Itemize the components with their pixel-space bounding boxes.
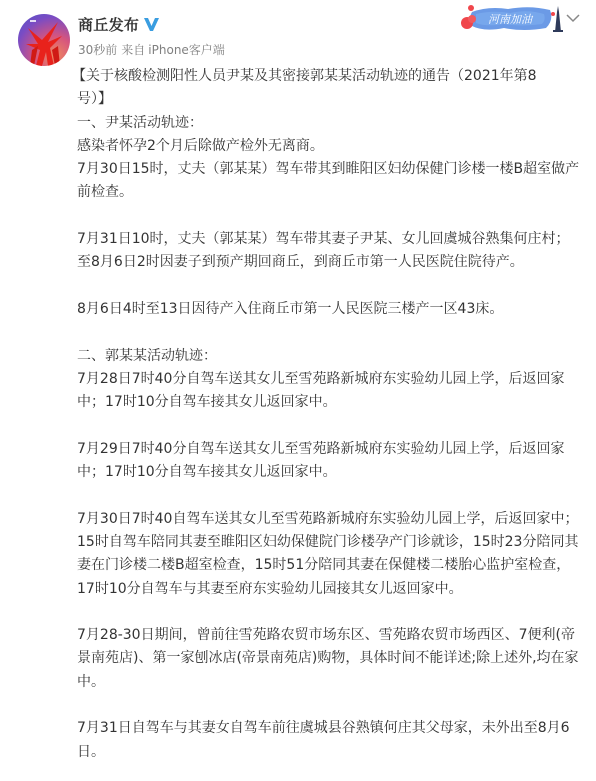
chevron-down-icon[interactable] — [566, 13, 580, 23]
post-source: iPhone客户端 — [148, 43, 225, 57]
badge-text: 河南加油 — [488, 13, 534, 26]
author-name[interactable]: 商丘发布 — [78, 15, 139, 35]
post-content: 【关于核酸检测阳性人员尹某及其密接郭某某活动轨迹的通告（2021年第8 号）】 … — [77, 65, 582, 764]
henan-jiayou-badge: 河南加油 — [458, 4, 563, 34]
post-line: 中；17时10分自驾车接其女儿返回家中。 — [77, 461, 582, 484]
post-line: 15时自驾车陪同其妻至睢阳区妇幼保健院门诊楼孕产门诊就诊，15时23分陪同其 — [77, 531, 582, 554]
post-line: 7月31日自驾车与其妻女自驾车前往虞城县谷熟镇何庄其父母家，未外出至8月6 — [77, 717, 582, 740]
post-line: 至8月6日2时因妻子到预产期回商丘，到商丘市第一人民医院住院待产。 — [77, 251, 582, 274]
post-line: 景南苑店)、第一家刨冰店(帝景南苑店)购物，具体时间不能详述;除上述外,均在家 — [77, 647, 582, 670]
post-line: 中；17时10分自驾车接其女儿返回家中。 — [77, 391, 582, 414]
blank-line — [77, 275, 582, 298]
post-line: 8月6日4时至13日因待产入住商丘市第一人民医院三楼产一区43床。 — [77, 298, 582, 321]
post-line: 日。 — [77, 741, 582, 764]
post-line: 7月30日15时，丈夫（郭某某）驾车带其到睢阳区妇幼保健门诊楼一楼B超室做产 — [77, 158, 582, 181]
post-line: 中。 — [77, 671, 582, 694]
post-line: 二、郭某某活动轨迹： — [77, 345, 582, 368]
blank-line — [77, 694, 582, 717]
post-line: 7月30日7时40自驾车送其女儿至雪苑路新城府东实验幼儿园上学，后返回家中； — [77, 508, 582, 531]
post-line: 感染者怀孕2个月后除做产检外无离商。 — [77, 135, 582, 158]
post-line: 前检查。 — [77, 181, 582, 204]
source-prefix: 来自 — [121, 43, 145, 57]
post-line: 号）】 — [77, 88, 582, 111]
blank-line — [77, 205, 582, 228]
post-line: 【关于核酸检测阳性人员尹某及其密接郭某某活动轨迹的通告（2021年第8 — [72, 65, 582, 88]
post-meta: 30秒前来自iPhone客户端 — [78, 42, 229, 58]
author-avatar[interactable] — [18, 14, 70, 66]
post-line: 妻在门诊楼二楼B超室检查，15时51分陪同其妻在保健楼二楼胎心监护室检查， — [77, 554, 582, 577]
post-time[interactable]: 30秒前 — [78, 43, 117, 57]
weibo-post-card: 商丘发布 30秒前来自iPhone客户端 河南加油 【关于核酸检测阳性人员尹某及… — [0, 0, 596, 781]
post-line: 7月29日7时40分自驾车送其女儿至雪苑路新城府东实验幼儿园上学，后返回家 — [77, 438, 582, 461]
post-line: 17时10分自驾车与其妻至府东实验幼儿园接其女儿返回家中。 — [77, 578, 582, 601]
blank-line — [77, 321, 582, 344]
post-line: 一、尹某活动轨迹： — [77, 112, 582, 135]
verified-v-icon — [143, 17, 160, 32]
blank-line — [77, 414, 582, 437]
post-line: 7月28日7时40分自驾车送其女儿至雪苑路新城府东实验幼儿园上学，后返回家 — [77, 368, 582, 391]
blank-line — [77, 601, 582, 624]
post-line: 7月28-30日期间，曾前往雪苑路农贸市场东区、雪苑路农贸市场西区、7便利(帝 — [77, 624, 582, 647]
sculpture-icon — [18, 14, 70, 66]
post-line: 7月31日10时，丈夫（郭某某）驾车带其妻子尹某、女儿回虞城谷熟集何庄村； — [77, 228, 582, 251]
blank-line — [77, 484, 582, 507]
